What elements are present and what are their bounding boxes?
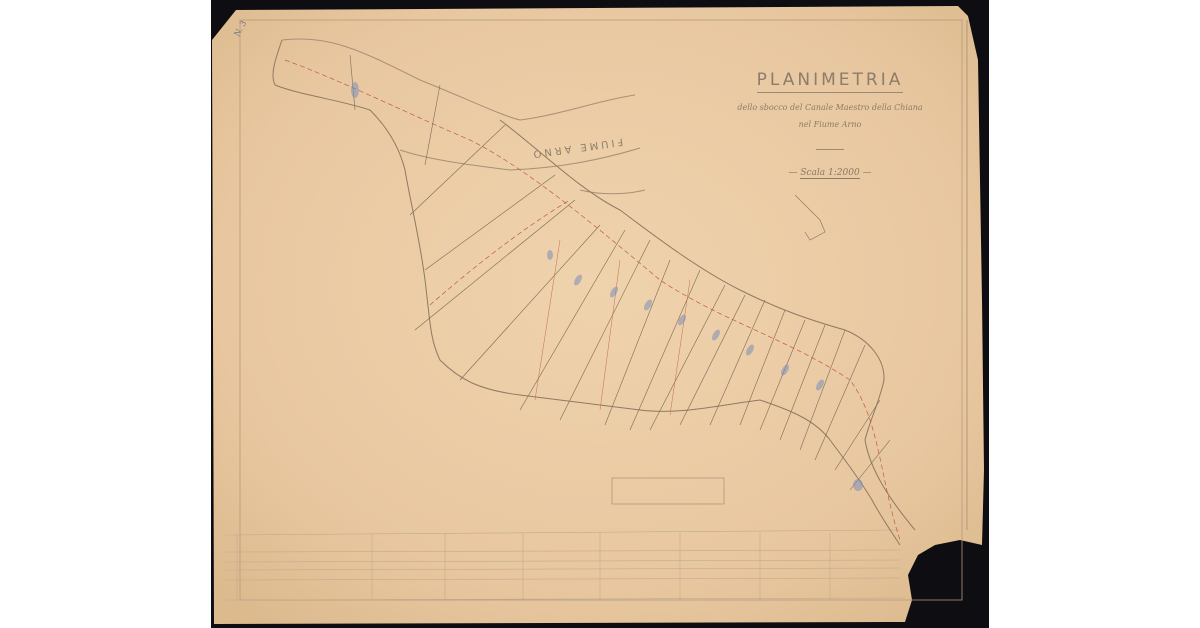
scale-label: — Scala 1:2000 — bbox=[720, 168, 940, 178]
map-subtitle-1: dello sbocco del Canale Maestro della Ch… bbox=[720, 103, 940, 112]
map-sheet bbox=[0, 0, 1200, 628]
title-block: PLANIMETRIA dello sbocco del Canale Maes… bbox=[720, 70, 940, 178]
map-subtitle-2: nel Fiume Arno bbox=[720, 120, 940, 129]
map-title: PLANIMETRIA bbox=[757, 70, 904, 93]
scale-value: Scala 1:2000 bbox=[800, 168, 859, 179]
title-divider bbox=[816, 149, 844, 150]
